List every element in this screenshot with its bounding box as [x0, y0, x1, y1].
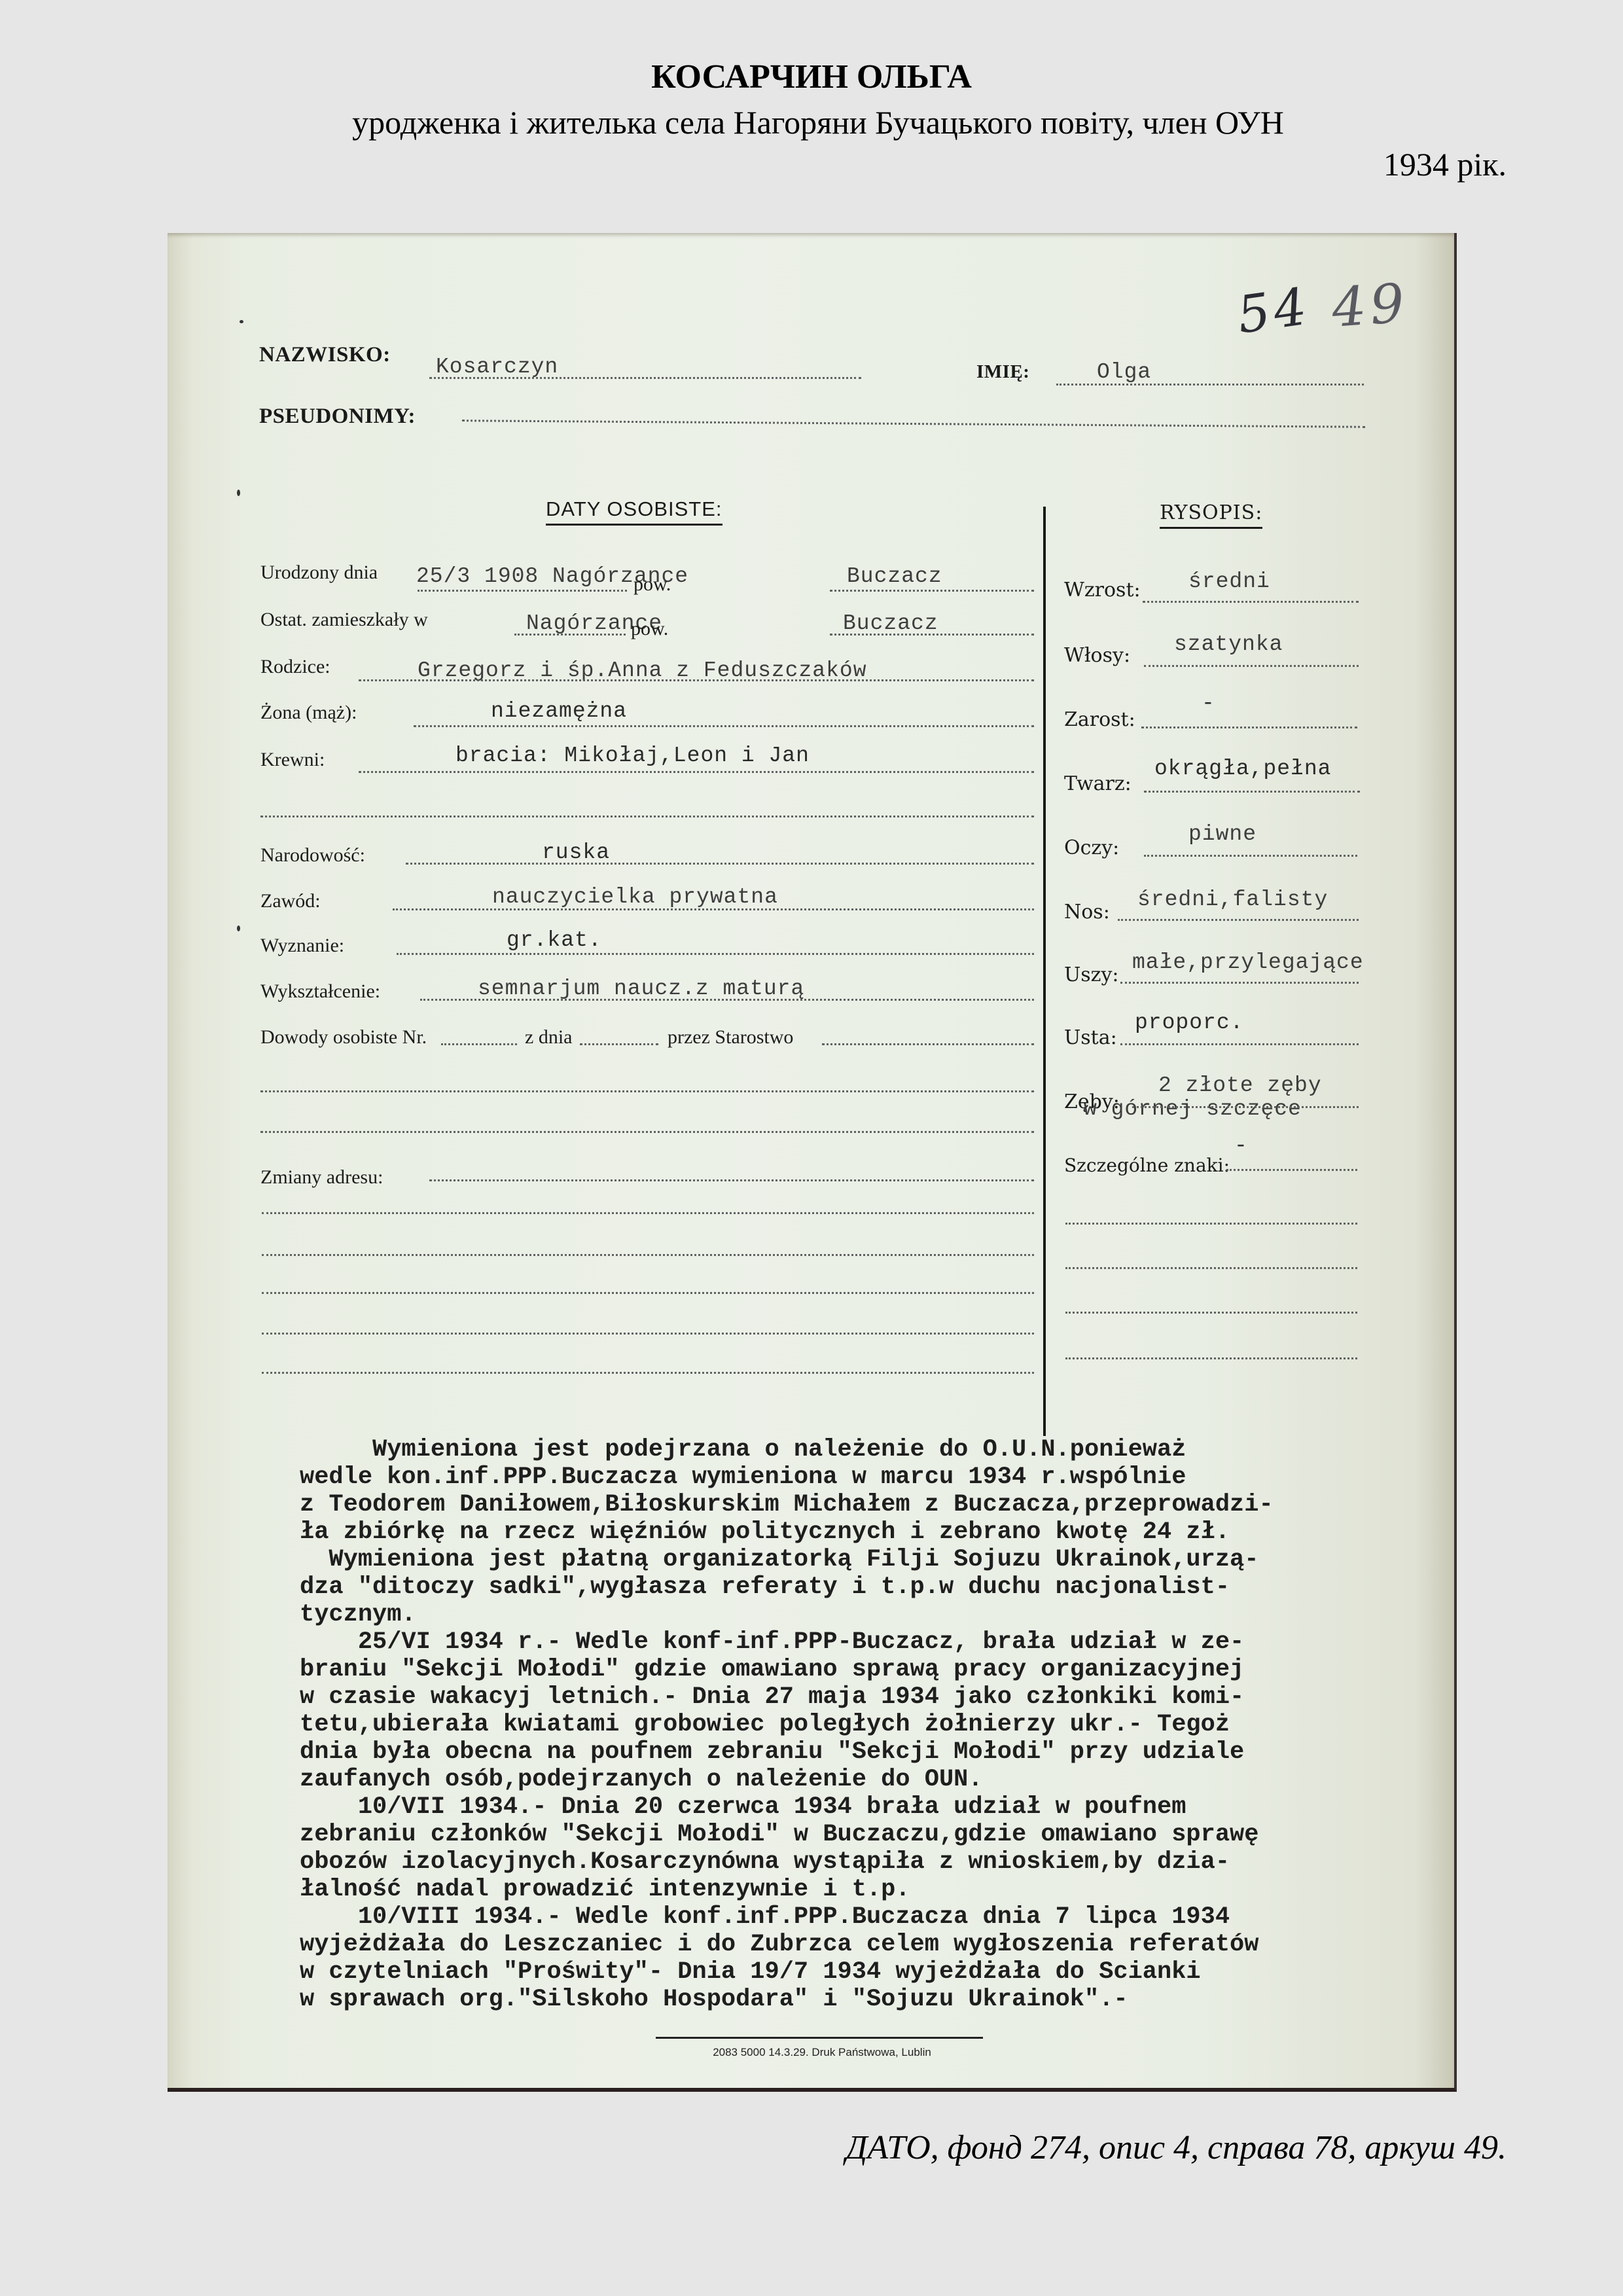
dowody-przez-label: przez Starostwo — [668, 1026, 793, 1049]
twarz-value: okrągła,pełna — [1154, 757, 1331, 781]
year-label: 1934 рік. — [1383, 145, 1507, 183]
zawod-value: nauczycielka prywatna — [492, 885, 778, 909]
nos-value: średni,falisty — [1137, 888, 1328, 912]
narrative-line: obozów izolacyjnych.Kosarczynówna wystąp… — [300, 1848, 1412, 1876]
twarz-label: Twarz: — [1064, 772, 1132, 795]
imie-value: Olga — [1097, 360, 1151, 384]
wyznanie-value: gr.kat. — [507, 928, 602, 952]
narrative-line: Wymieniona jest podejrzana o należenie d… — [300, 1436, 1412, 1463]
nos-label: Nos: — [1064, 901, 1110, 924]
zeby-value: 2 złote zęby — [1158, 1073, 1322, 1098]
zamieszkaly-label: Ostat. zamieszkały w — [260, 609, 428, 631]
oczy-value: piwne — [1188, 822, 1257, 846]
rodzice-label: Rodzice: — [260, 656, 330, 678]
dowody-label: Dowody osobiste Nr. — [260, 1026, 427, 1049]
printer-imprint: 2083 5000 14.3.29. Druk Państwowa, Lubli… — [671, 2046, 972, 2059]
folio-number: 5449 — [1234, 260, 1412, 346]
zamieszkaly-pow-label: pow. — [631, 618, 668, 640]
narrative-line: braniu "Sekcji Mołodi" gdzie omawiano sp… — [300, 1656, 1412, 1683]
narrative-line: w sprawach org."Silskoho Hospodara" i "S… — [300, 1986, 1412, 2013]
narrative-text: Wymieniona jest podejrzana o należenie d… — [300, 1436, 1412, 2013]
narrative-line: tetu,ubierała kwiatami grobowiec poległy… — [300, 1711, 1412, 1738]
uszy-label: Uszy: — [1064, 963, 1119, 986]
zona-label: Żona (mąż): — [260, 702, 357, 724]
narrative-line: 10/VII 1934.- Dnia 20 czerwca 1934 brała… — [300, 1793, 1412, 1821]
narrative-line: z Teodorem Daniłowem,Biłoskurskim Michał… — [300, 1491, 1412, 1518]
zmiany-adresu-label: Zmiany adresu: — [260, 1166, 383, 1189]
narodowosc-value: ruska — [542, 840, 610, 865]
narrative-line: tycznym. — [300, 1601, 1412, 1628]
scanned-document: 5449 NAZWISKO: Kosarczyn IMIĘ: Olga PSEU… — [168, 233, 1457, 2092]
page-subtitle: уродженка і жителька села Нагоряни Бучац… — [0, 103, 1623, 141]
folio-new: 49 — [1330, 272, 1411, 340]
narrative-line: 10/VIII 1934.- Wedle konf.inf.PPP.Buczac… — [300, 1903, 1412, 1931]
narrative-line: zebraniu członków "Sekcji Mołodi" w Bucz… — [300, 1821, 1412, 1848]
krewni-value: bracia: Mikołaj,Leon i Jan — [455, 744, 810, 768]
wlosy-value: szatynka — [1174, 632, 1283, 656]
imie-label: IMIĘ: — [976, 361, 1029, 383]
narrative-line: w czytelniach "Proświty"- Dnia 19/7 1934… — [300, 1958, 1412, 1986]
narrative-line: zaufanych osób,podejrzanych o należenie … — [300, 1766, 1412, 1793]
krewni-label: Krewni: — [260, 749, 325, 771]
zawod-label: Zawód: — [260, 890, 321, 912]
wzrost-label: Wzrost: — [1064, 579, 1141, 601]
narrative-line: łalność nadal prowadzić intenzywnie i t.… — [300, 1876, 1412, 1903]
nazwisko-value: Kosarczyn — [436, 355, 558, 379]
szczegolne-znaki-label: Szczególne znaki: — [1064, 1155, 1230, 1176]
narrative-line: wedle kon.inf.PPP.Buczacza wymieniona w … — [300, 1463, 1412, 1491]
zona-value: niezamężna — [491, 699, 627, 723]
usta-label: Usta: — [1064, 1026, 1117, 1049]
narodowosc-label: Narodowość: — [260, 844, 365, 867]
page-title: КОСАРЧИН ОЛЬГА — [0, 58, 1623, 96]
wlosy-label: Włosy: — [1064, 644, 1130, 667]
printer-divider — [656, 2037, 983, 2039]
narrative-line: dnia była obecna na poufnem zebraniu "Se… — [300, 1738, 1412, 1766]
urodzony-pow-value: Buczacz — [847, 564, 942, 588]
archive-citation: ДАТО, фонд 274, опис 4, справа 78, аркуш… — [846, 2128, 1507, 2167]
wyznanie-label: Wyznanie: — [260, 935, 344, 957]
narrative-line: w czasie wakacyj letnich.- Dnia 27 maja … — [300, 1683, 1412, 1711]
zeby-value-2: w górnej szczęce — [1084, 1097, 1302, 1121]
narrative-line: 25/VI 1934 r.- Wedle konf-inf.PPP-Buczac… — [300, 1628, 1412, 1656]
dowody-z-dnia-label: z dnia — [525, 1026, 572, 1049]
narrative-line: Wymieniona jest płatną organizatorką Fil… — [300, 1546, 1412, 1573]
folio-old: 54 — [1234, 277, 1315, 346]
column-divider — [1043, 507, 1046, 1436]
narrative-line: ła zbiórkę na rzecz więźniów politycznyc… — [300, 1518, 1412, 1546]
zarost-value: - — [1202, 691, 1215, 715]
urodzony-pow-label: pow. — [633, 573, 671, 596]
uszy-value: małe,przylegające — [1132, 950, 1364, 975]
rysopis-heading: RYSOPIS: — [1160, 501, 1262, 529]
pseudonimy-label: PSEUDONIMY: — [259, 404, 416, 429]
wzrost-value: średni — [1188, 569, 1270, 594]
narrative-line: dza "ditoczy sadki",wygłasza referaty i … — [300, 1573, 1412, 1601]
wyksztalcenie-value: semnarjum naucz.z maturą — [478, 977, 804, 1001]
zamieszkaly-pow-value: Buczacz — [843, 611, 938, 636]
wyksztalcenie-label: Wykształcenie: — [260, 980, 380, 1003]
daty-osobiste-heading: DATY OSOBISTE: — [546, 497, 722, 526]
zarost-label: Zarost: — [1064, 708, 1135, 731]
usta-value: proporc. — [1135, 1011, 1243, 1035]
nazwisko-label: NAZWISKO: — [259, 343, 391, 367]
urodzony-label: Urodzony dnia — [260, 562, 378, 584]
narrative-line: wyjeżdżała do Leszczaniec i do Zubrzca c… — [300, 1931, 1412, 1958]
szczegolne-znaki-value: - — [1234, 1134, 1248, 1158]
oczy-label: Oczy: — [1064, 836, 1119, 859]
